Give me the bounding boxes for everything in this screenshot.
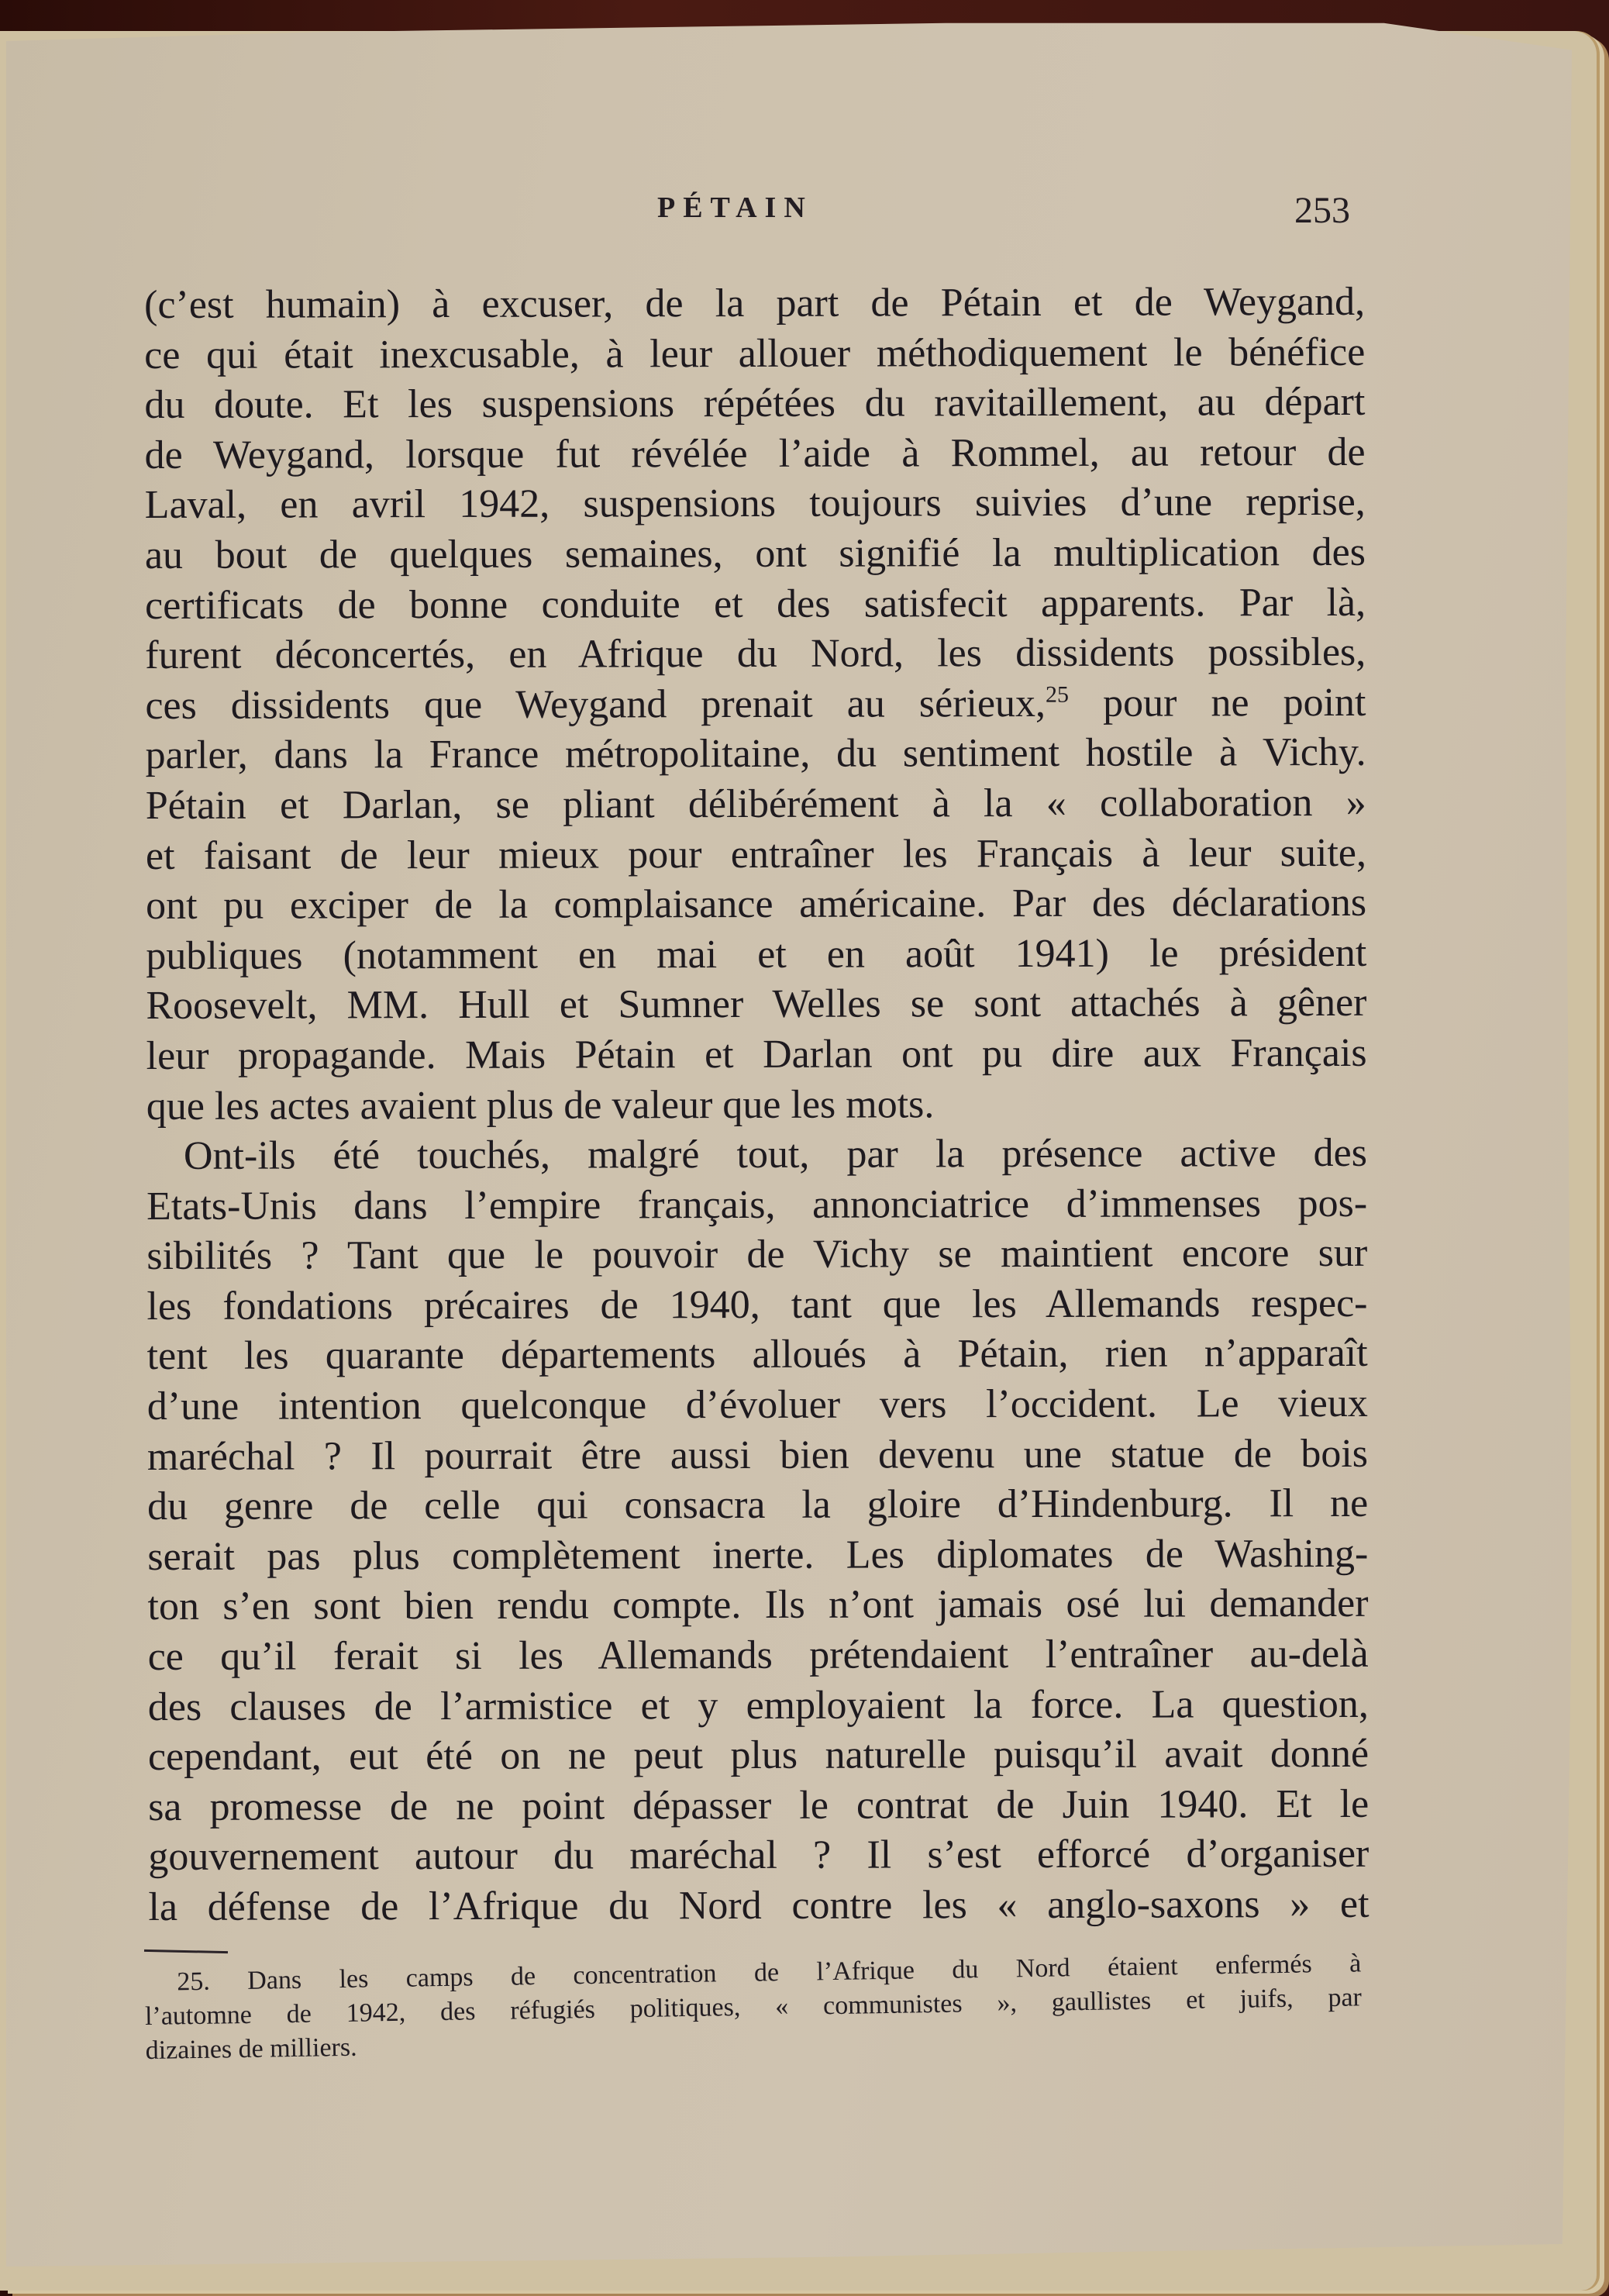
text-line: ce qu’il ferait si les Allemands prétend… [148, 1629, 1369, 1683]
page-header: PÉTAIN 253 [6, 189, 1572, 236]
text-line: les fondations précaires de 1940, tant q… [146, 1279, 1367, 1332]
text-line: de Weygand, lorsque fut révélée l’aide à… [145, 428, 1366, 481]
text-line: serait pas plus complètement inerte. Les… [147, 1529, 1368, 1583]
text-line: sibilités ? Tant que le pouvoir de Vichy… [146, 1229, 1367, 1282]
text-line: tent les quarante départements alloués à… [147, 1329, 1368, 1382]
text-line: du genre de celle qui consacra la gloire… [147, 1479, 1368, 1532]
text-line: Etats-Unis dans l’empire français, annon… [146, 1179, 1367, 1232]
text-line: ce qui était inexcusable, à leur allouer… [144, 327, 1365, 381]
text-line: Pétain et Darlan, se pliant délibérément… [146, 778, 1366, 832]
text-line: cependant, eut été on ne peut plus natur… [148, 1729, 1369, 1783]
text-line: Roosevelt, MM. Hull et Sumner Welles se … [146, 978, 1366, 1032]
text-line: ont pu exciper de la complaisance améric… [146, 878, 1366, 932]
text-line: certificats de bonne conduite et des sat… [145, 577, 1366, 631]
text-line: leur propagande. Mais Pétain et Darlan o… [146, 1029, 1367, 1082]
text-line: sa promesse de ne point dépasser le cont… [148, 1780, 1369, 1833]
page-number: 253 [1294, 189, 1350, 232]
footnote-divider [144, 1950, 228, 1953]
text-line: que les actes avaient plus de valeur que… [146, 1078, 1367, 1132]
text-line: d’une intention quelconque d’évoluer ver… [147, 1379, 1368, 1432]
running-title: PÉTAIN [657, 191, 813, 225]
text-line: la défense de l’Afrique du Nord contre l… [148, 1880, 1369, 1933]
text-line: du doute. Et les suspensions répétées du… [144, 377, 1365, 431]
text-line: Laval, en avril 1942, suspensions toujou… [145, 477, 1366, 531]
text-line: des clauses de l’armistice et y employai… [148, 1679, 1369, 1732]
text-line: et faisant de leur mieux pour entraîner … [146, 828, 1366, 881]
footnote-reference[interactable]: 25 [1046, 681, 1069, 707]
footnotes: 25. Dans les camps de concentration de l… [144, 1946, 1363, 2068]
footnote-25: 25. Dans les camps de concentration de l… [144, 1946, 1363, 2068]
paragraph-1: (c’est humain) à excuser, de la part de … [144, 278, 1367, 1132]
text-line: maréchal ? Il pourrait être aussi bien d… [147, 1429, 1368, 1483]
text-line: furent déconcertés, en Afrique du Nord, … [145, 628, 1366, 681]
book-page: PÉTAIN 253 (c’est humain) à excuser, de … [6, 19, 1572, 2267]
text-line: ton s’en sont bien rendu compte. Ils n’o… [147, 1579, 1368, 1632]
text-line: publiques (notamment en mai et en août 1… [146, 929, 1366, 982]
footnote-number: 25. [177, 1967, 210, 1997]
paragraph-2: Ont-ils été touchés, malgré tout, par la… [146, 1129, 1370, 1933]
text-line: Ont-ils été touchés, malgré tout, par la… [146, 1129, 1367, 1182]
text-line-with-note-ref: ces dissidents que Weygand prenait au sé… [145, 678, 1366, 732]
text-line: parler, dans la France métropolitaine, d… [146, 728, 1366, 781]
text-line: au bout de quelques semaines, ont signif… [145, 528, 1366, 581]
text-line: (c’est humain) à excuser, de la part de … [144, 278, 1365, 331]
text-line: gouvernement autour du maréchal ? Il s’e… [148, 1829, 1369, 1883]
body-text: (c’est humain) à excuser, de la part de … [144, 278, 1370, 1933]
